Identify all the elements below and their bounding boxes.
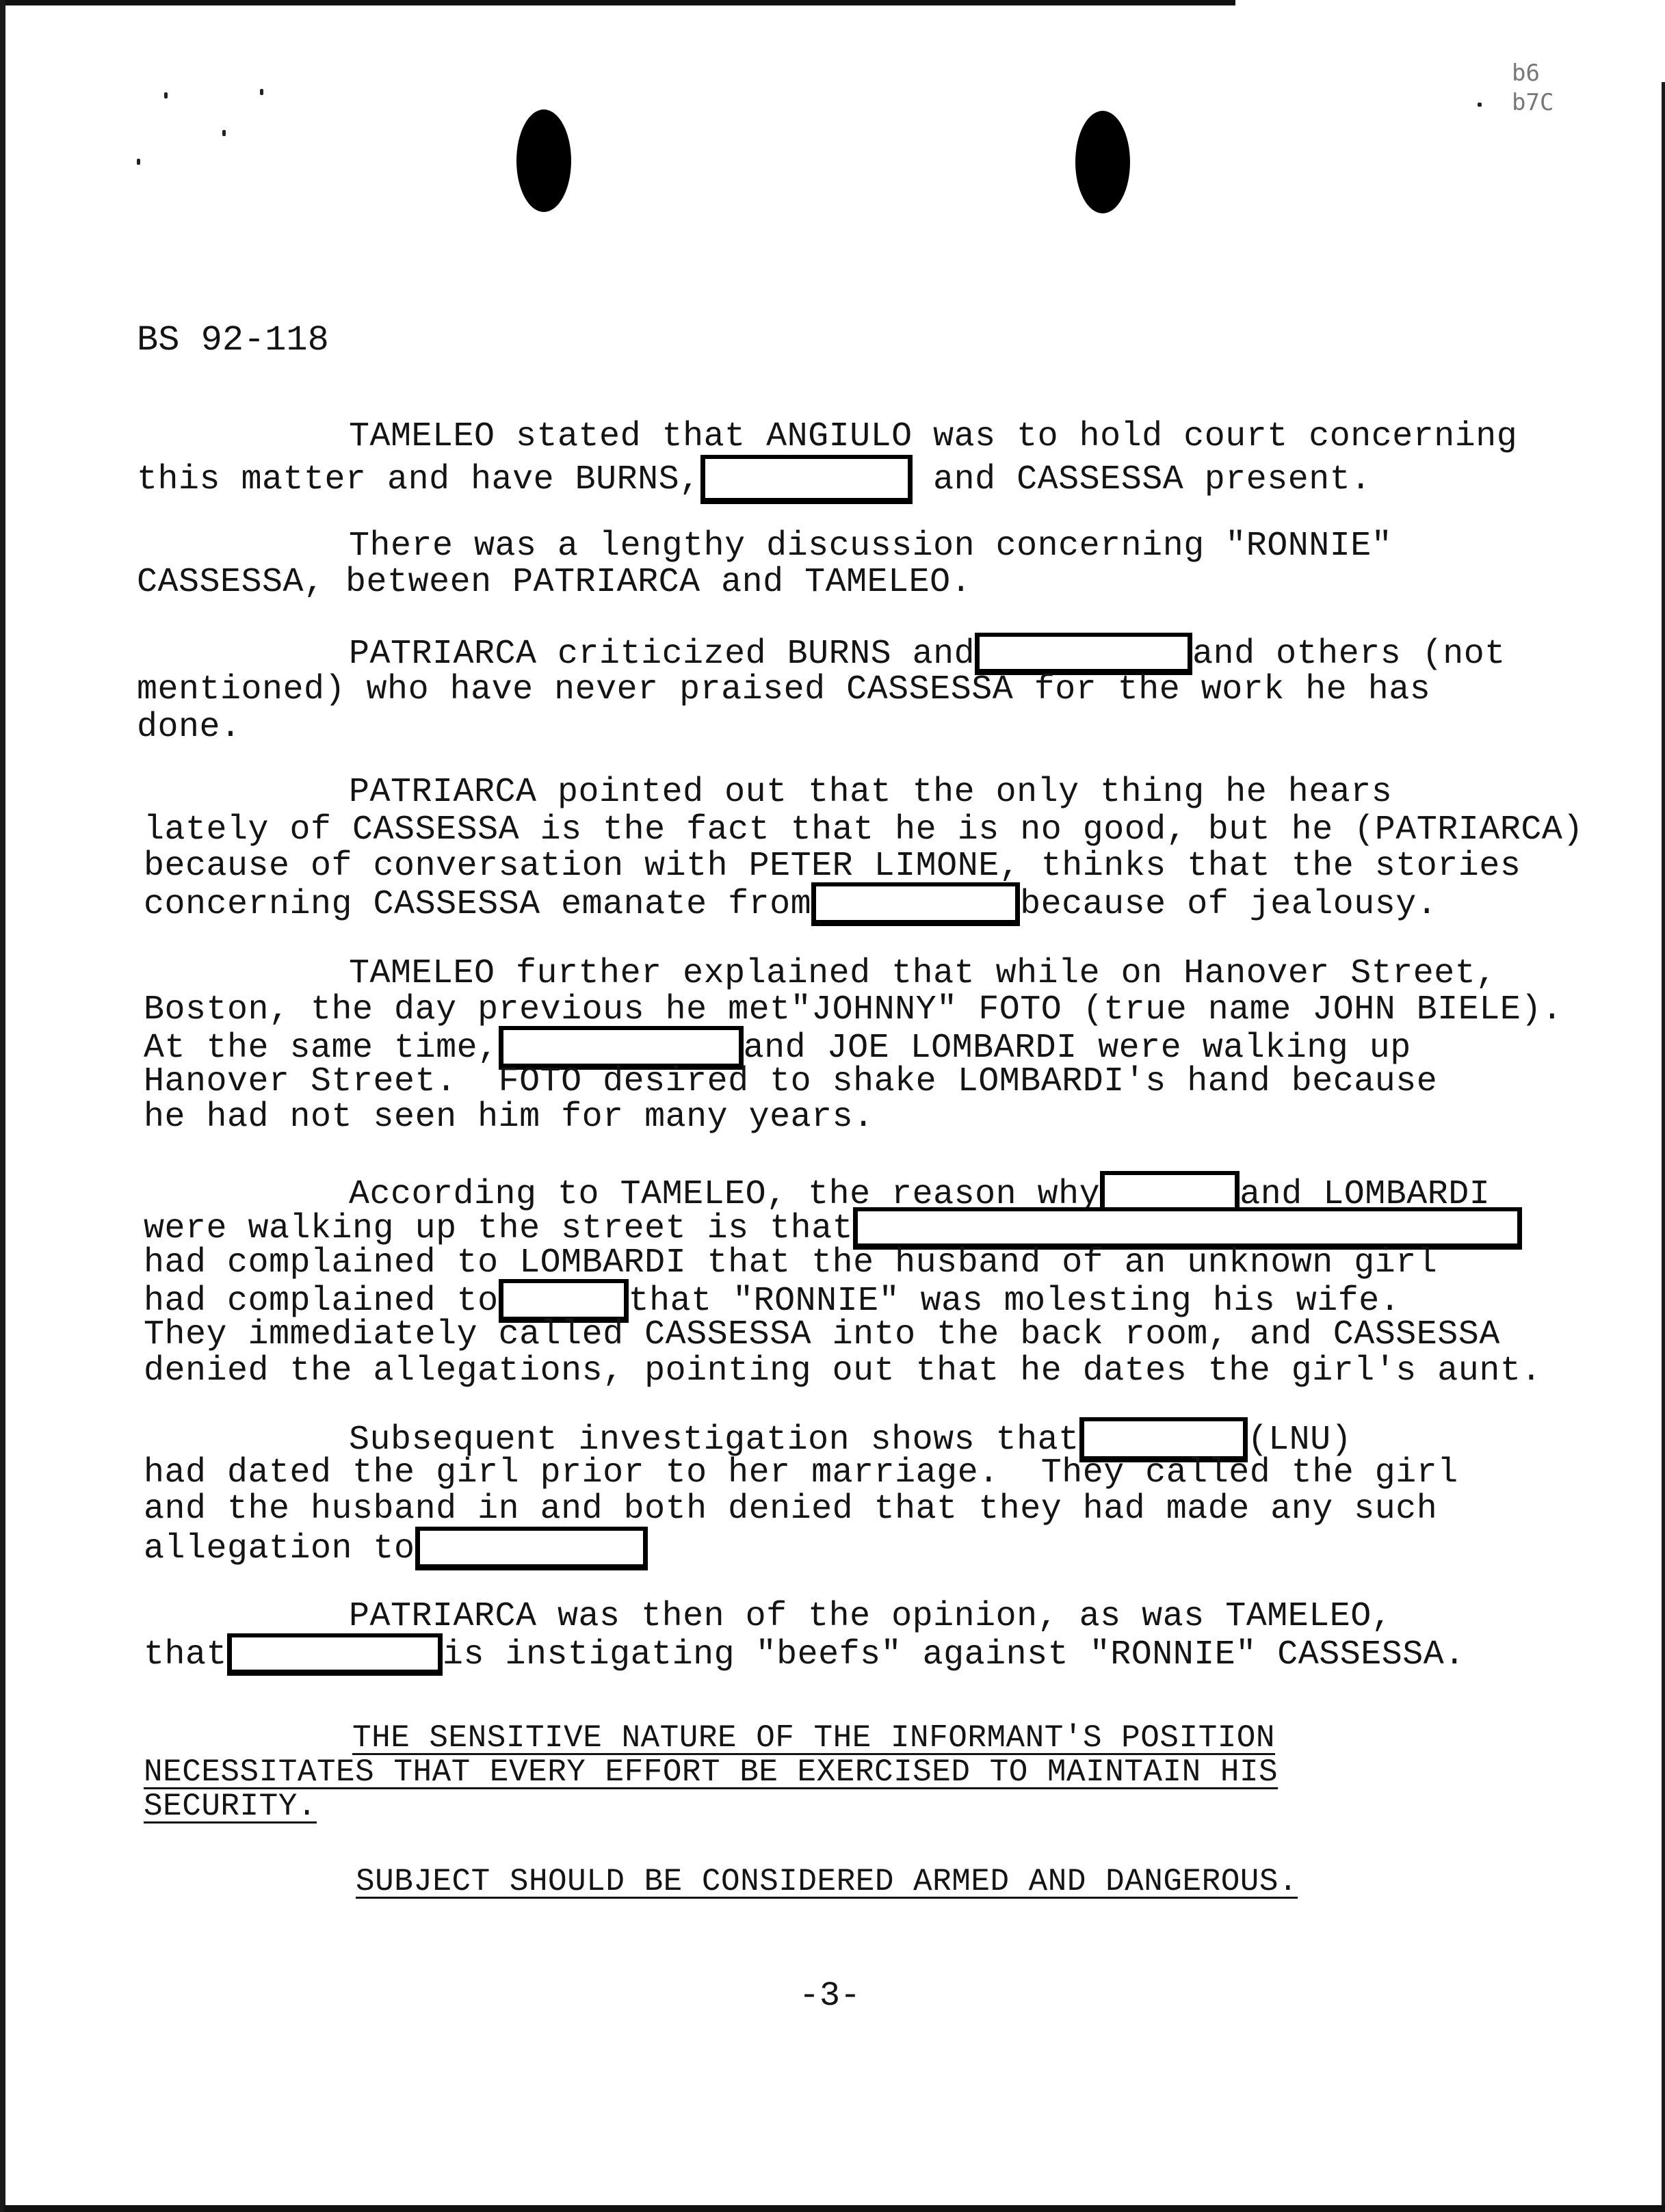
- text-segment: PATRIARCA pointed out that the only thin…: [349, 773, 1392, 812]
- text-line: TAMELEO stated that ANGIULO was to hold …: [349, 417, 1517, 456]
- redaction-box: [227, 1633, 443, 1676]
- text-segment: is instigating "beefs" against "RONNIE" …: [443, 1635, 1465, 1674]
- security-notice-line: THE SENSITIVE NATURE OF THE INFORMANT'S …: [352, 1720, 1275, 1756]
- text-segment: TAMELEO further explained that while on …: [349, 954, 1497, 993]
- exemption-code: b7C: [1512, 88, 1553, 118]
- text-segment: and others (not: [1192, 635, 1506, 674]
- text-segment: and CASSESSA present.: [913, 460, 1372, 499]
- text-segment: he had not seen him for many years.: [144, 1098, 874, 1137]
- text-line: lately of CASSESSA is the fact that he i…: [144, 811, 1584, 850]
- page-number: -3-: [799, 1977, 861, 2016]
- scan-edge-left: [0, 0, 5, 2212]
- text-segment: CASSESSA, between PATRIARCA and TAMELEO.: [137, 563, 971, 602]
- redaction-box: [811, 882, 1020, 926]
- file-reference: BS 92-118: [137, 320, 329, 360]
- text-segment: had dated the girl prior to her marriage…: [144, 1453, 1458, 1492]
- text-line: and the husband in and both denied that …: [144, 1490, 1437, 1529]
- scan-speck: [222, 130, 226, 136]
- document-page: b6 b7C BS 92-118 TAMELEO stated that ANG…: [0, 0, 1665, 2212]
- text-segment: and the husband in and both denied that …: [144, 1490, 1437, 1529]
- text-segment: were walking up the street is that: [144, 1209, 853, 1248]
- text-line: They immediately called CASSESSA into th…: [144, 1315, 1500, 1354]
- text-line: denied the allegations, pointing out tha…: [144, 1352, 1542, 1391]
- text-line: concerning CASSESSA emanate frombecause …: [144, 882, 1437, 926]
- scan-edge-top: [4, 0, 1235, 5]
- text-segment: because of conversation with PETER LIMON…: [144, 847, 1521, 886]
- text-segment: They immediately called CASSESSA into th…: [144, 1315, 1500, 1354]
- scan-edge-bottom: [4, 2205, 1665, 2212]
- text-segment: There was a lengthy discussion concernin…: [349, 527, 1392, 566]
- text-segment: done.: [137, 708, 241, 747]
- text-segment: allegation to: [144, 1529, 415, 1568]
- punch-hole-icon: [516, 109, 571, 212]
- redaction-box: [700, 455, 913, 504]
- redaction-box: [415, 1527, 648, 1570]
- scan-speck: [1478, 103, 1482, 107]
- exemption-code: b6: [1512, 58, 1540, 88]
- text-line: this matter and have BURNS, and CASSESSA…: [137, 455, 1372, 504]
- text-segment: because of jealousy.: [1020, 885, 1437, 924]
- text-segment: Boston, the day previous he met"JOHNNY" …: [144, 990, 1562, 1029]
- text-line: thatis instigating "beefs" against "RONN…: [144, 1633, 1465, 1676]
- text-segment: PATRIARCA criticized BURNS and: [349, 635, 975, 674]
- text-line: he had not seen him for many years.: [144, 1098, 874, 1137]
- text-segment: Hanover Street. FOTO desired to shake LO…: [144, 1062, 1437, 1101]
- text-line: PATRIARCA criticized BURNS andand others…: [349, 633, 1506, 675]
- scan-speck: [260, 89, 263, 95]
- text-line: TAMELEO further explained that while on …: [349, 954, 1497, 993]
- text-line: because of conversation with PETER LIMON…: [144, 847, 1521, 886]
- scan-speck: [164, 92, 168, 98]
- text-line: CASSESSA, between PATRIARCA and TAMELEO.: [137, 563, 971, 602]
- text-line: There was a lengthy discussion concernin…: [349, 527, 1392, 566]
- text-segment: lately of CASSESSA is the fact that he i…: [144, 811, 1584, 850]
- text-line: Hanover Street. FOTO desired to shake LO…: [144, 1062, 1437, 1101]
- text-segment: concerning CASSESSA emanate from: [144, 885, 811, 924]
- text-segment: PATRIARCA was then of the opinion, as wa…: [349, 1597, 1392, 1636]
- text-segment: had complained to LOMBARDI that the husb…: [144, 1243, 1437, 1282]
- text-segment: that: [144, 1635, 227, 1674]
- text-line: PATRIARCA was then of the opinion, as wa…: [349, 1597, 1392, 1636]
- armed-dangerous-warning: SUBJECT SHOULD BE CONSIDERED ARMED AND D…: [356, 1864, 1298, 1899]
- security-notice-line: NECESSITATES THAT EVERY EFFORT BE EXERCI…: [144, 1754, 1278, 1790]
- text-line: done.: [137, 708, 241, 747]
- text-segment: this matter and have BURNS,: [137, 460, 700, 499]
- text-line: mentioned) who have never praised CASSES…: [137, 670, 1430, 709]
- punch-hole-icon: [1075, 111, 1130, 213]
- text-line: PATRIARCA pointed out that the only thin…: [349, 773, 1392, 812]
- text-line: had complained to LOMBARDI that the husb…: [144, 1243, 1437, 1282]
- security-notice-line: SECURITY.: [144, 1789, 317, 1824]
- scan-edge-right: [1662, 82, 1665, 2209]
- text-line: allegation to: [144, 1527, 648, 1570]
- text-segment: TAMELEO stated that ANGIULO was to hold …: [349, 417, 1517, 456]
- text-segment: denied the allegations, pointing out tha…: [144, 1352, 1542, 1391]
- text-segment: mentioned) who have never praised CASSES…: [137, 670, 1430, 709]
- scan-speck: [137, 159, 140, 165]
- text-line: had dated the girl prior to her marriage…: [144, 1453, 1458, 1492]
- redaction-box: [975, 633, 1192, 675]
- text-line: Boston, the day previous he met"JOHNNY" …: [144, 990, 1562, 1029]
